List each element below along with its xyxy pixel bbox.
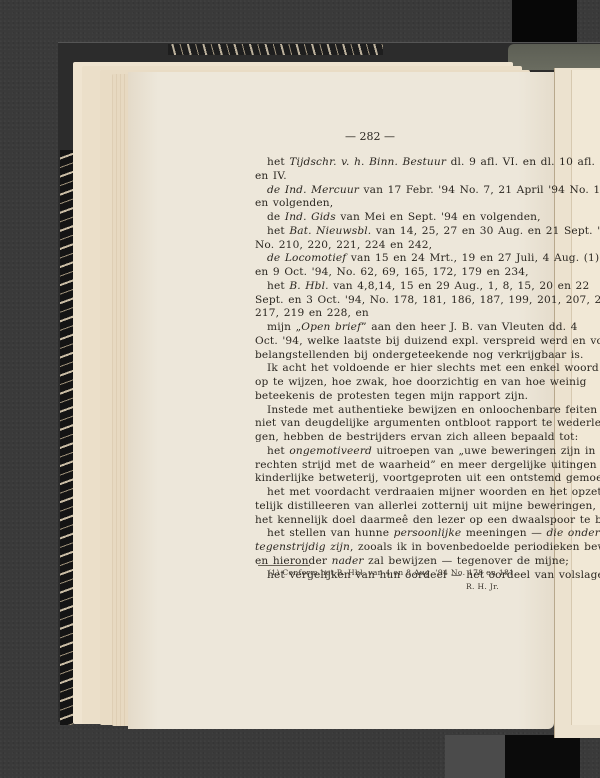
text-line: beteekenis de protesten tegen mijn rappo… [255,389,528,403]
text-span: het [267,280,289,292]
text-span: dl. 9 afl. VI. en dl. 10 afl. III [446,156,600,168]
text-span: van 14, 25, 27 en 30 Aug. en 21 Sept. '9… [371,225,600,237]
text-line: gen, hebben de bestrijders ervan zich al… [255,430,578,444]
text-line: en IV. [255,169,287,183]
text-span: belangstellenden bij ondergeteekende nog… [255,349,584,361]
text-span: het [267,445,289,457]
text-span: het kennelijk doel daarmeê den lezer op … [255,514,600,526]
text-line: Oct. '94, welke laatste bij duizend expl… [255,334,545,348]
text-line: het B. Hbl. van 4,8,14, 15 en 29 Aug., 1… [255,279,545,293]
background-strip [445,735,505,778]
footnote-divider [258,565,310,566]
marbled-edge-left [60,150,73,725]
italic-text: Open brief [301,321,361,333]
text-line: Instede met authentieke bewijzen en onlo… [255,403,545,417]
text-span: beteekenis de protesten tegen mijn rappo… [255,390,528,402]
text-span: No. 210, 220, 221, 224 en 242, [255,239,432,251]
text-span: het [267,156,289,168]
text-span: het [267,225,289,237]
page-number: — 282 — [340,130,400,143]
text-span: meeningen — [461,527,546,539]
text-line: de Ind. Mercuur van 17 Febr. '94 No. 7, … [255,183,545,197]
footnote: (1) Conform het B. Hbl. van 4 en 8 Aug. … [268,568,517,577]
text-span: de [267,211,285,223]
text-span: telijk distilleeren van allerlei zottern… [255,500,600,512]
text-line: en 9 Oct. '94, No. 62, 69, 165, 172, 179… [255,265,529,279]
background-shadow-bottom [505,735,580,778]
text-span: en 9 Oct. '94, No. 62, 69, 165, 172, 179… [255,266,529,278]
text-span: het stellen van hunne [267,527,394,539]
text-line: op te wijzen, hoe zwak, hoe doorzichtig … [255,375,545,389]
text-line: het ongemotiveerd uitroepen van „uwe bew… [255,444,545,458]
text-line: het met voordacht verdraaien mijner woor… [255,485,545,499]
text-span: ” aan den heer J. B. van Vleuten dd. 4 [361,321,577,333]
text-span: en volgenden, [255,197,333,209]
text-span: op te wijzen, hoe zwak, hoe doorzichtig … [255,376,587,388]
italic-text: de Ind. Mercuur [267,184,359,196]
text-span: van 15 en 24 Mrt., 19 en 27 Juli, 4 Aug.… [346,252,599,264]
text-line: het stellen van hunne persoonlijke meeni… [255,526,545,540]
text-line: No. 210, 220, 221, 224 en 242, [255,238,432,252]
text-line: de Locomotief van 15 en 24 Mrt., 19 en 2… [255,251,545,265]
text-span: Ik acht het voldoende er hier slechts me… [267,362,599,374]
text-line: en volgenden, [255,196,333,210]
text-span: Oct. '94, welke laatste bij duizend expl… [255,335,600,347]
text-line: Sept. en 3 Oct. '94, No. 178, 181, 186, … [255,293,545,307]
facing-page [571,70,600,725]
marbled-edge-top [168,44,383,55]
text-span: Instede met authentieke bewijzen en onlo… [267,404,600,416]
italic-text: tegenstrijdig zijn [255,541,350,553]
text-span: gen, hebben de bestrijders ervan zich al… [255,431,578,443]
text-span: van 17 Febr. '94 No. 7, 21 April '94 No.… [359,184,600,196]
text-line: Ik acht het voldoende er hier slechts me… [255,361,545,375]
text-line: telijk distilleeren van allerlei zottern… [255,499,545,513]
worn-spine-corner [508,44,600,70]
text-line: kinderlijke betweterij, voortgeproten ui… [255,471,545,485]
italic-text: Bat. Nieuwsbl. [289,225,371,237]
italic-text: ongemotiveerd [289,445,372,457]
text-span: niet van deugdelijke argumenten ontbloot… [255,417,600,429]
text-span: van Mei en Sept. '94 en volgenden, [336,211,541,223]
text-line: de Ind. Gids van Mei en Sept. '94 en vol… [255,210,541,224]
italic-text: nader [332,555,364,567]
text-line: het Tijdschr. v. h. Binn. Bestuur dl. 9 … [255,155,545,169]
text-span: van 4,8,14, 15 en 29 Aug., 1, 8, 15, 20 … [329,280,590,292]
text-span: het met voordacht verdraaien mijner woor… [267,486,600,498]
italic-text: de Locomotief [267,252,346,264]
footnote-signature: R. H. Jr. [466,582,499,591]
text-line: tegenstrijdig zijn, zooals ik in bovenbe… [255,540,545,554]
text-line: mijn „Open brief” aan den heer J. B. van… [255,320,545,334]
text-line: het Bat. Nieuwsbl. van 14, 25, 27 en 30 … [255,224,545,238]
text-span: rechten strijd met de waarheid” en meer … [255,459,600,471]
text-line: niet van deugdelijke argumenten ontbloot… [255,416,545,430]
text-span: 217, 219 en 228, en [255,307,369,319]
italic-text: Ind. Gids [285,211,336,223]
italic-text: Tijdschr. v. h. Binn. Bestuur [289,156,446,168]
text-span: Sept. en 3 Oct. '94, No. 178, 181, 186, … [255,294,600,306]
text-line: 217, 219 en 228, en [255,306,369,320]
text-span: kinderlijke betweterij, voortgeproten ui… [255,472,600,484]
text-span: en IV. [255,170,287,182]
italic-text: die onderling [546,527,600,539]
italic-text: B. Hbl. [289,280,328,292]
text-span: , zooals ik in bovenbedoelde periodieken… [350,541,600,553]
text-line: rechten strijd met de waarheid” en meer … [255,458,545,472]
text-line: belangstellenden bij ondergeteekende nog… [255,348,584,362]
text-line: het kennelijk doel daarmeê den lezer op … [255,513,545,527]
italic-text: persoonlijke [394,527,462,539]
text-span: mijn „ [267,321,301,333]
text-span: zal bewijzen — tegenover de mijne; [364,555,569,567]
text-span: uitroepen van „uwe beweringen zijn in li… [372,445,600,457]
